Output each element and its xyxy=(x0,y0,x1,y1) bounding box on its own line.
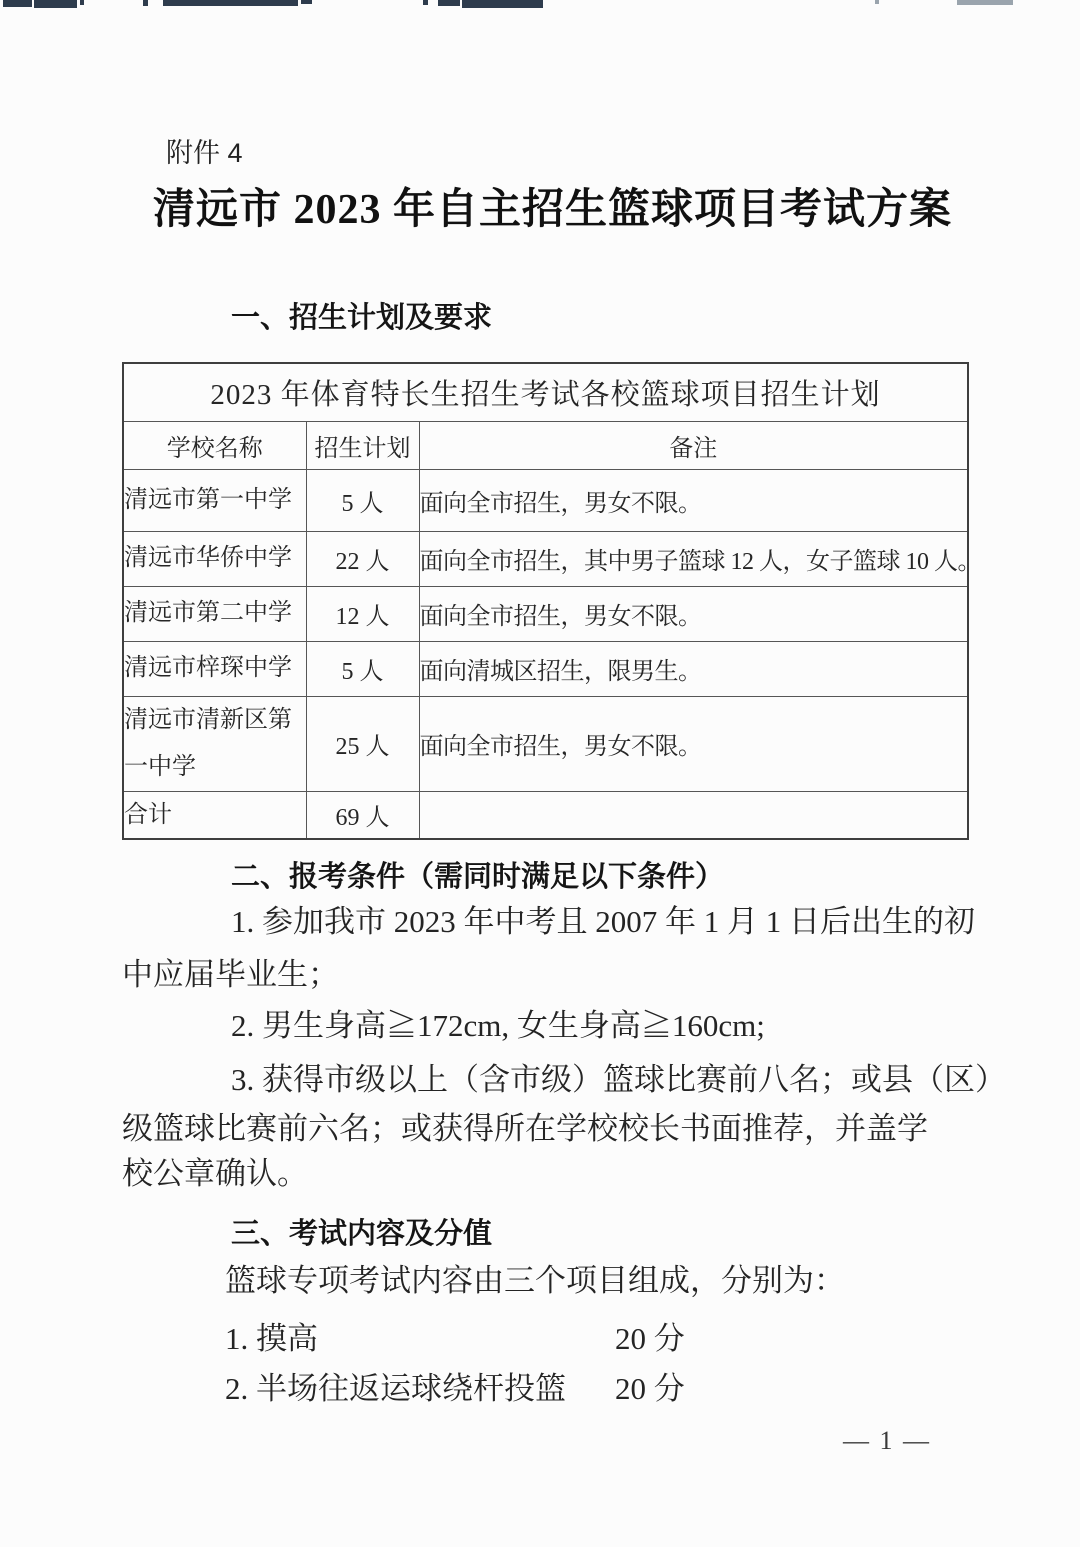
note-cell xyxy=(419,791,968,839)
exam-item-score: 20 分 xyxy=(615,1363,685,1408)
school-name-cell: 清远市清新区第一中学 xyxy=(123,696,306,791)
total-label-cell: 合计 xyxy=(123,791,306,839)
condition-line: 3. 获得市级以上（含市级）篮球比赛前八名；或县（区） xyxy=(231,1063,1006,1097)
plan-count-cell: 5 人 xyxy=(306,641,419,696)
top-edge-artifact xyxy=(438,0,460,6)
section1-heading: 一、招生计划及要求 xyxy=(231,295,492,336)
top-edge-artifact xyxy=(163,0,298,6)
plan-count-cell: 12 人 xyxy=(306,586,419,641)
top-edge-artifact xyxy=(3,0,32,7)
enrollment-plan-table: 2023 年体育特长生招生考试各校篮球项目招生计划 学校名称 招生计划 备注 清… xyxy=(122,362,969,840)
condition-line: 级篮球比赛前六名；或获得所在学校校长书面推荐，并盖学 xyxy=(122,1112,928,1146)
table-row: 清远市华侨中学 22 人 面向全市招生，其中男子篮球 12 人，女子篮球 10 … xyxy=(123,531,968,586)
school-name-cell: 清远市华侨中学 xyxy=(123,531,306,586)
exam-item-label: 2. 半场往返运球绕杆投篮 xyxy=(225,1371,566,1406)
condition-line: 校公章确认。 xyxy=(122,1157,308,1191)
table-total-row: 合计 69 人 xyxy=(123,791,968,839)
table-title: 2023 年体育特长生招生考试各校篮球项目招生计划 xyxy=(123,363,968,421)
top-edge-artifact xyxy=(875,0,879,4)
top-edge-artifact xyxy=(301,0,312,4)
top-edge-artifact xyxy=(34,0,77,8)
top-edge-artifact xyxy=(957,0,1013,5)
exam-item-label: 1. 摸高 xyxy=(225,1321,318,1356)
table-header-row: 学校名称 招生计划 备注 xyxy=(123,421,968,469)
exam-content-intro: 篮球专项考试内容由三个项目组成，分别为： xyxy=(225,1264,845,1298)
note-cell: 面向全市招生，其中男子篮球 12 人，女子篮球 10 人。 xyxy=(419,531,968,586)
school-name-cell: 清远市第二中学 xyxy=(123,586,306,641)
exam-item-score: 20 分 xyxy=(615,1313,685,1358)
column-header-plan: 招生计划 xyxy=(306,421,419,469)
top-edge-artifact xyxy=(80,0,84,5)
top-edge-artifact xyxy=(143,0,148,6)
condition-line: 2. 男生身高≧172cm, 女生身高≧160cm; xyxy=(231,1009,765,1043)
note-cell: 面向清城区招生，限男生。 xyxy=(419,641,968,696)
table-row: 清远市清新区第一中学 25 人 面向全市招生，男女不限。 xyxy=(123,696,968,791)
plan-count-cell: 5 人 xyxy=(306,469,419,531)
column-header-school: 学校名称 xyxy=(123,421,306,469)
plan-count-cell: 25 人 xyxy=(306,696,419,791)
section3-heading: 三、考试内容及分值 xyxy=(231,1211,492,1252)
condition-line: 1. 参加我市 2023 年中考且 2007 年 1 月 1 日后出生的初 xyxy=(231,905,975,939)
school-name-cell: 清远市梓琛中学 xyxy=(123,641,306,696)
table-row: 清远市第一中学 5 人 面向全市招生，男女不限。 xyxy=(123,469,968,531)
exam-item: 1. 摸高 20 分 xyxy=(225,1313,318,1358)
table-title-row: 2023 年体育特长生招生考试各校篮球项目招生计划 xyxy=(123,363,968,421)
condition-line: 中应届毕业生； xyxy=(122,958,339,992)
attachment-label: 附件 4 xyxy=(166,131,243,170)
plan-count-cell: 22 人 xyxy=(306,531,419,586)
page-number: — 1 — xyxy=(843,1426,931,1456)
table-row: 清远市梓琛中学 5 人 面向清城区招生，限男生。 xyxy=(123,641,968,696)
school-name-cell: 清远市第一中学 xyxy=(123,469,306,531)
total-count-cell: 69 人 xyxy=(306,791,419,839)
section2-heading: 二、报考条件（需同时满足以下条件） xyxy=(231,854,724,895)
document-page: 附件 4 清远市 2023 年自主招生篮球项目考试方案 一、招生计划及要求 20… xyxy=(0,0,1080,1547)
top-edge-artifact xyxy=(462,0,543,8)
top-edge-artifact xyxy=(423,0,428,5)
document-title: 清远市 2023 年自主招生篮球项目考试方案 xyxy=(140,176,965,236)
note-cell: 面向全市招生，男女不限。 xyxy=(419,696,968,791)
exam-item: 2. 半场往返运球绕杆投篮 20 分 xyxy=(225,1363,566,1408)
column-header-note: 备注 xyxy=(419,421,968,469)
note-cell: 面向全市招生，男女不限。 xyxy=(419,469,968,531)
note-cell: 面向全市招生，男女不限。 xyxy=(419,586,968,641)
table-row: 清远市第二中学 12 人 面向全市招生，男女不限。 xyxy=(123,586,968,641)
